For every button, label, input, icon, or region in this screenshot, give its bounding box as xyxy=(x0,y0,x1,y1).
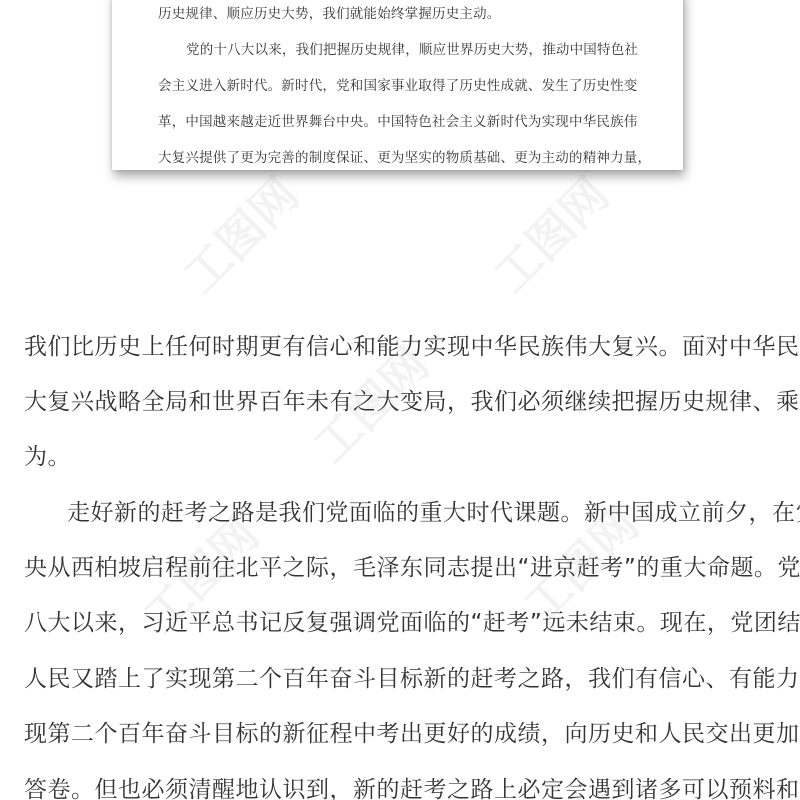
body-line: 现第二个百年奋斗目标的新征程中考出更好的成绩，向历史和人民交出更加优异 xyxy=(24,719,800,749)
excerpt-line: 大复兴提供了更为完善的制度保证、更为坚实的物质基础、更为主动的精神力量， xyxy=(158,148,651,168)
excerpt-line: 党的十八大以来，我们把握历史规律，顺应世界历史大势，推动中国特色社 xyxy=(158,40,638,60)
body-line: 大复兴战略全局和世界百年未有之大变局，我们必须继续把握历史规律、乘势而 xyxy=(24,387,800,417)
body-line: 人民又踏上了实现第二个百年奋斗目标新的赶考之路，我们有信心、有能力在实 xyxy=(24,664,800,694)
body-line: 我们比历史上任何时期更有信心和能力实现中华民族伟大复兴。面对中华民族伟 xyxy=(24,332,800,362)
body-line: 答卷。但也必须清醒地认识到，新的赶考之路上必定会遇到诸多可以预料和难以 xyxy=(24,775,800,800)
watermark: 工图网 xyxy=(167,161,311,305)
excerpt-line: 历史规律、顺应历史大势，我们就能始终掌握历史主动。 xyxy=(158,4,501,24)
body-line: 为。 xyxy=(24,442,71,472)
watermark: 工图网 xyxy=(477,161,621,305)
excerpt-line: 会主义进入新时代。新时代，党和国家事业取得了历史性成就、发生了历史性变 xyxy=(158,76,638,96)
excerpt-line: 革，中国越来越走近世界舞台中央。中国特色社会主义新时代为实现中华民族伟 xyxy=(158,112,638,132)
body-line: 八大以来，习近平总书记反复强调党面临的“赶考”远未结束。现在，党团结带领 xyxy=(24,608,800,638)
body-line: 走好新的赶考之路是我们党面临的重大时代课题。新中国成立前夕，在党中 xyxy=(24,498,800,528)
body-line: 央从西柏坡启程前往北平之际，毛泽东同志提出“进京赶考”的重大命题。党的十 xyxy=(24,553,800,583)
